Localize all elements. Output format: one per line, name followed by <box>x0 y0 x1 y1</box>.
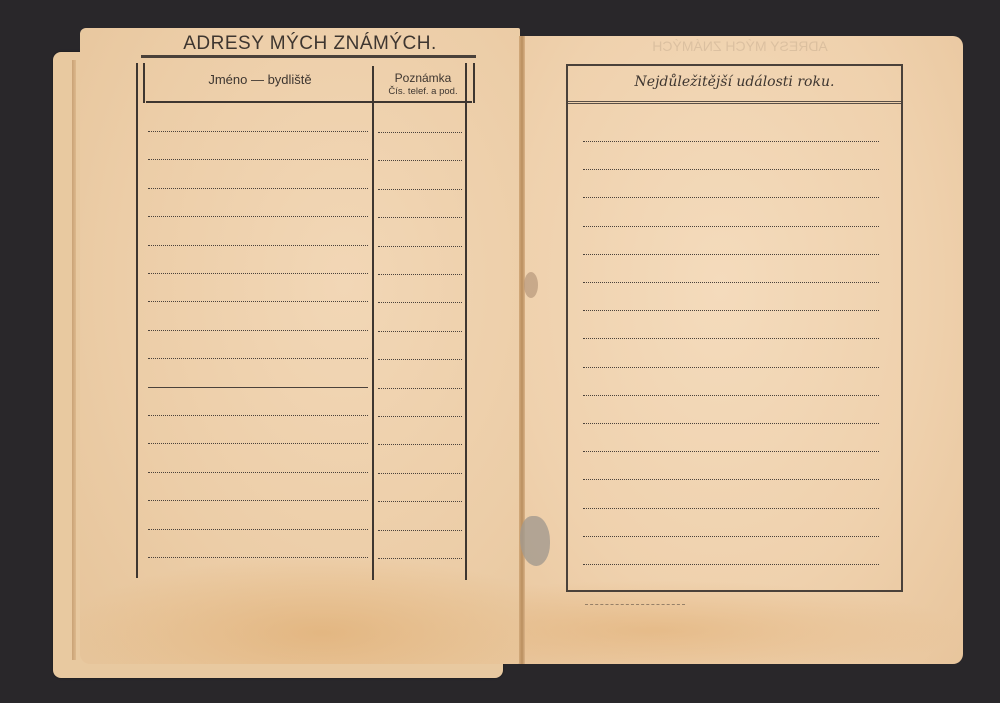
address-line-note <box>378 444 462 445</box>
column-header-note: Poznámka Čís. telef. a pod. <box>376 72 470 98</box>
address-line-name <box>148 273 368 274</box>
header-rule <box>146 101 472 103</box>
address-line-name <box>148 216 368 217</box>
print-mark <box>585 604 685 605</box>
address-line-name <box>148 529 368 530</box>
address-line-note <box>378 388 462 389</box>
table-right-border <box>465 63 467 580</box>
event-line <box>583 338 879 339</box>
page-title: ADRESY MÝCH ZNÁMÝCH. <box>140 33 480 55</box>
water-stain <box>80 560 520 664</box>
address-line-name <box>148 443 368 444</box>
event-line <box>583 423 879 424</box>
event-line <box>583 367 879 368</box>
event-line <box>583 254 879 255</box>
address-line-note <box>378 274 462 275</box>
address-line-note <box>378 160 462 161</box>
address-line-name <box>148 500 368 501</box>
title-rule <box>568 101 901 104</box>
event-line <box>583 282 879 283</box>
address-line-name <box>148 330 368 331</box>
column-divider <box>372 66 374 580</box>
book-spine <box>519 36 525 664</box>
address-line-note <box>378 359 462 360</box>
event-line <box>583 508 879 509</box>
table-left-border <box>136 63 138 578</box>
event-line <box>583 479 879 480</box>
event-line <box>583 536 879 537</box>
address-line-note <box>378 246 462 247</box>
page-title: Nejdůležitější události roku. <box>568 74 901 90</box>
address-line-name <box>148 159 368 160</box>
event-line <box>583 141 879 142</box>
address-line-note <box>378 302 462 303</box>
event-line <box>583 226 879 227</box>
page-stack-edge <box>72 60 76 660</box>
column-header-note-sublabel: Čís. telef. a pod. <box>376 85 470 98</box>
address-line-note <box>378 132 462 133</box>
event-line <box>583 310 879 311</box>
address-line-name <box>148 188 368 189</box>
address-line-note <box>378 331 462 332</box>
address-line-name <box>148 387 368 388</box>
address-line-note <box>378 217 462 218</box>
event-line <box>583 564 879 565</box>
title-rule <box>141 55 476 58</box>
address-line-name <box>148 301 368 302</box>
address-line-note <box>378 189 462 190</box>
address-line-note <box>378 558 462 559</box>
events-box <box>566 64 903 592</box>
address-line-name <box>148 415 368 416</box>
event-line <box>583 197 879 198</box>
address-line-note <box>378 530 462 531</box>
event-line <box>583 395 879 396</box>
column-header-name: Jméno — bydliště <box>146 72 374 87</box>
event-line <box>583 451 879 452</box>
water-stain <box>523 580 963 664</box>
address-line-note <box>378 473 462 474</box>
paper-damage <box>520 516 550 566</box>
paper-damage <box>524 272 538 298</box>
address-line-name <box>148 472 368 473</box>
column-header-note-label: Poznámka <box>395 71 452 85</box>
address-line-name <box>148 131 368 132</box>
event-line <box>583 169 879 170</box>
bleed-through-text: ADRESY MÝCH ZNÁMÝCH <box>600 38 880 54</box>
address-line-name <box>148 358 368 359</box>
address-line-name <box>148 557 368 558</box>
address-line-name <box>148 245 368 246</box>
address-line-note <box>378 501 462 502</box>
address-line-note <box>378 416 462 417</box>
